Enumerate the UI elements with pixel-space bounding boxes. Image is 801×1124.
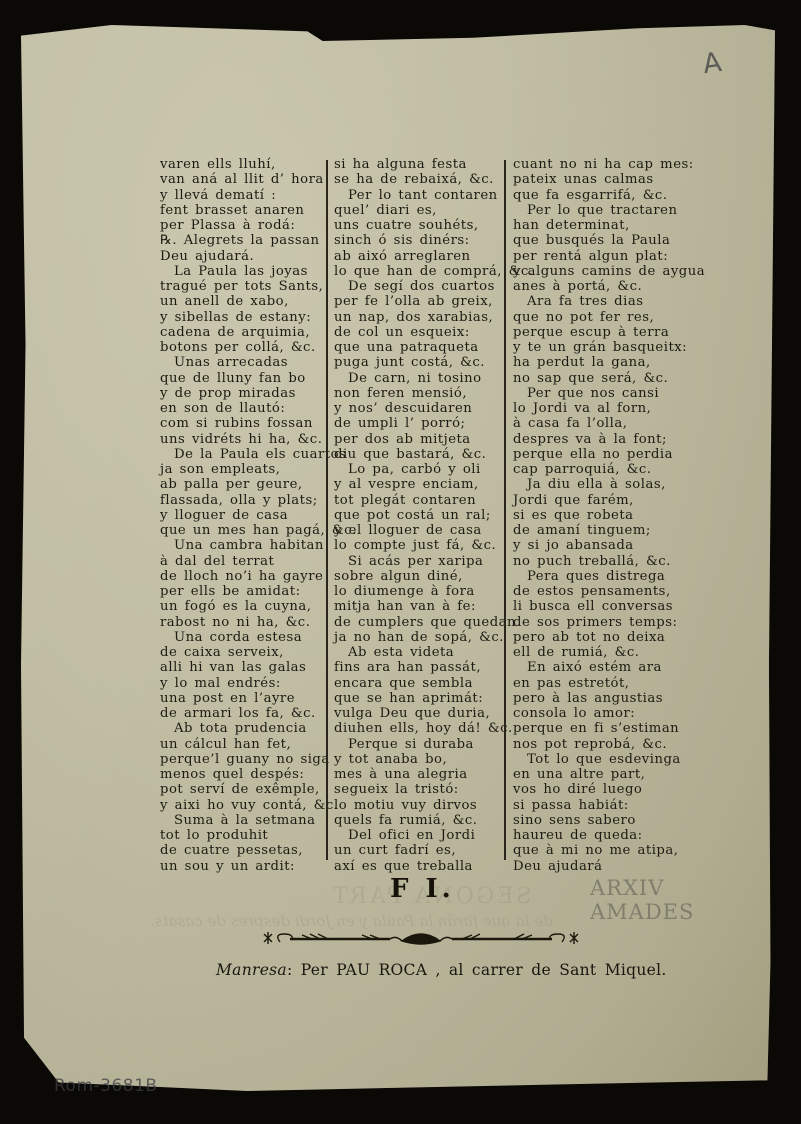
imprint-separator: :: [287, 961, 293, 979]
verse-line: Per que nos cansi: [513, 386, 705, 401]
verse-line: y alguns camins de aygua: [513, 264, 705, 279]
decorative-rule-ornament: [262, 928, 580, 948]
verse-line: Deu ajudará: [513, 859, 705, 874]
verse-line: Ara fa tres dias: [513, 294, 705, 309]
pencil-reference-number: Rom-3681B: [54, 1076, 158, 1096]
verse-line: Per lo que tractaren: [513, 203, 705, 218]
verse-line: perque escup à terra: [513, 325, 705, 340]
verse-line: en pas estretót,: [513, 676, 705, 691]
verse-line: cap parroquiá, &c.: [513, 462, 705, 477]
verse-line: y te un grán basqueitx:: [513, 340, 705, 355]
verse-line: de estos pensaments,: [513, 584, 705, 599]
verse-line: lo Jordi va al forn,: [513, 401, 705, 416]
verse-line: si passa habiát:: [513, 798, 705, 813]
column-rule-left: [326, 160, 328, 860]
verse-line: perque ella no perdia: [513, 447, 705, 462]
verse-column-right: cuant no ni ha cap mes:pateix unas calma…: [513, 157, 705, 874]
verse-line: un sou y un ardit:: [160, 859, 357, 874]
stamp-line-1: ARXIV: [590, 876, 694, 900]
verse-line: cuant no ni ha cap mes:: [513, 157, 705, 172]
verse-line: que busqués la Paula: [513, 233, 705, 248]
verse-line: y si jo abansada: [513, 538, 705, 553]
verse-line: à casa fa l’olla,: [513, 416, 705, 431]
verse-line: ell de rumiá, &c.: [513, 645, 705, 660]
verse-line: que fa esgarrifá, &c.: [513, 188, 705, 203]
verse-line: per rentá algun plat:: [513, 249, 705, 264]
verse-line: que à mi no me atipa,: [513, 843, 705, 858]
verse-line: no sap que será, &c.: [513, 371, 705, 386]
verse-line: Tot lo que esdevinga: [513, 752, 705, 767]
printer-imprint: Manresa: Per PAU ROCA , al carrer de San…: [216, 961, 667, 979]
verse-line: despres va à la font;: [513, 432, 705, 447]
verse-line: si es que robeta: [513, 508, 705, 523]
imprint-printer: Per PAU ROCA , al carrer de Sant Miquel.: [301, 961, 667, 979]
verse-line: en una altre part,: [513, 767, 705, 782]
column-rule-right: [504, 160, 506, 860]
verse-line: li busca ell conversas: [513, 599, 705, 614]
verse-line: pero à las angustias: [513, 691, 705, 706]
archive-stamp: ARXIV AMADES: [590, 876, 694, 924]
verse-line: Ja diu ella à solas,: [513, 477, 705, 492]
stamp-line-2: AMADES: [590, 900, 694, 924]
imprint-city: Manresa: [216, 961, 287, 979]
verse-line: Pera ques distrega: [513, 569, 705, 584]
verse-line: consola lo amor:: [513, 706, 705, 721]
verse-line: de amaní tinguem;: [513, 523, 705, 538]
verse-line: anes à portá, &c.: [513, 279, 705, 294]
verse-line: no puch treballá, &c.: [513, 554, 705, 569]
verse-line: perque en fi s’estiman: [513, 721, 705, 736]
verse-line: de sos primers temps:: [513, 615, 705, 630]
verse-line: han determinat,: [513, 218, 705, 233]
verse-line: pero ab tot no deixa: [513, 630, 705, 645]
end-mark: F I.: [390, 874, 455, 904]
verse-line: que no pot fer res,: [513, 310, 705, 325]
verse-line: En aixó estém ara: [513, 660, 705, 675]
verse-line: axí es que treballa: [334, 859, 533, 874]
verse-line: haureu de queda:: [513, 828, 705, 843]
verse-line: nos pot reprobá, &c.: [513, 737, 705, 752]
verse-line: ha perdut la gana,: [513, 355, 705, 370]
verse-line: Jordi que farém,: [513, 493, 705, 508]
verse-line: sino sens sabero: [513, 813, 705, 828]
verse-line: vos ho diré luego: [513, 782, 705, 797]
verse-line: pateix unas calmas: [513, 172, 705, 187]
